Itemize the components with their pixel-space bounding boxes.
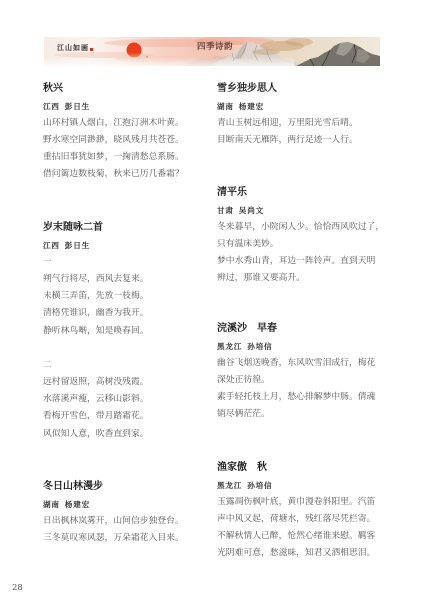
poem-line: 辨过，那谁又要高升。 bbox=[217, 270, 384, 287]
poem-suimo-suiyong: 岁末随咏二首 江西彭日生 一 朔气行将尽，西风去复来。 未横三弄笛，先放一枝梅。… bbox=[43, 219, 149, 442]
poem-line: 声中风又起，荷塘水，残红落尽凭栏寄。 bbox=[217, 511, 375, 528]
author-region: 江西 bbox=[43, 241, 60, 250]
poem-line: 青山玉树远相迎，万里阳光雪后晴。 bbox=[217, 115, 358, 132]
poem-title: 渔家傲秋 bbox=[217, 459, 375, 476]
author-name: 孙培信 bbox=[247, 342, 272, 351]
poem-line: 深处正彷徨。 bbox=[217, 372, 375, 389]
author-name: 孙培信 bbox=[247, 481, 272, 490]
banner-section-title: 四季诗韵 bbox=[197, 41, 233, 53]
poem-line: 幽谷飞烟送晚香，东风吹雪泪成行，梅花 bbox=[217, 355, 375, 372]
poem-line: 水落溪声瘦，云移山影斜。 bbox=[43, 391, 149, 408]
poem-line: 三冬莫叹寒风瑟，万朵霜花入目来。 bbox=[43, 530, 184, 547]
poem-author: 黑龙江孙培信 bbox=[217, 477, 375, 494]
poem-author: 湖南杨建宏 bbox=[217, 98, 358, 115]
author-region: 黑龙江 bbox=[217, 481, 242, 490]
poem-line: 日出枫林岚雾开，山间信步独登台。 bbox=[43, 513, 184, 530]
poem-line: 清格凭谁识，幽香为我开。 bbox=[43, 305, 149, 322]
poem-author: 江西彭日生 bbox=[43, 98, 184, 115]
poem-line: 目断南天无雁阵，两行足迹一人行。 bbox=[217, 132, 358, 149]
poem-title: 雪乡独步思人 bbox=[217, 80, 358, 97]
poem-line: 素手轻托枝上月，愁心排解梦中肠。倩魂 bbox=[217, 389, 375, 406]
author-name: 彭日生 bbox=[65, 102, 90, 111]
poem-subtitle: 早春 bbox=[257, 323, 277, 334]
poem-qingpingle: 清平乐 甘肃吴尚文 冬来暮早，小院闲人少。恰恰西风吹过了， 只有温床美妙。 梦中… bbox=[217, 184, 384, 287]
poem-line: 冬来暮早，小院闲人少。恰恰西风吹过了， bbox=[217, 219, 384, 236]
author-region: 湖南 bbox=[217, 102, 234, 111]
poem-title: 秋兴 bbox=[43, 80, 184, 97]
poem-yujiaao: 渔家傲秋 黑龙江孙培信 玉露凋伤枫叶底，黄巾漫卷斜阳里。汽笛 声中风又起，荷塘水… bbox=[217, 459, 375, 562]
stanza-spacer bbox=[43, 340, 149, 357]
banner-calligraphy-title: 江山如画 bbox=[57, 42, 93, 54]
poem-author: 甘肃吴尚文 bbox=[217, 202, 384, 219]
author-name: 杨建宏 bbox=[65, 500, 90, 509]
banner-left-text: 江山如画 bbox=[57, 43, 89, 52]
part-label: 一 bbox=[43, 254, 149, 271]
header-banner: 江山如画 四季诗韵 bbox=[44, 37, 380, 66]
poem-author: 江西彭日生 bbox=[43, 237, 149, 254]
poem-qiuxing: 秋兴 江西彭日生 山环村镇人烟白，江抱汀洲木叶黄。 野水寒空同渺渺，晓风残月共苍… bbox=[43, 80, 184, 183]
poem-line: 不解秋情人已醉，怆然心绪谁来慰。羁客 bbox=[217, 528, 375, 545]
poem-dongri-shanlin: 冬日山林漫步 湖南杨建宏 日出枫林岚雾开，山间信步独登台。 三冬莫叹寒风瑟，万朵… bbox=[43, 478, 184, 547]
author-region: 江西 bbox=[43, 102, 60, 111]
poem-line: 销尽俩茫茫。 bbox=[217, 406, 375, 423]
author-region: 黑龙江 bbox=[217, 342, 242, 351]
poem-title: 岁末随咏二首 bbox=[43, 219, 149, 236]
poem-line: 看梅开雪色，带月踏霜花。 bbox=[43, 408, 149, 425]
poem-author: 黑龙江孙培信 bbox=[217, 338, 375, 355]
poem-line: 重拈旧事犹如梦，一掬清愁总系肠。 bbox=[43, 149, 184, 166]
poem-line: 风似知人意，吹香直到家。 bbox=[43, 426, 149, 443]
poem-line: 山环村镇人烟白，江抱汀洲木叶黄。 bbox=[43, 115, 184, 132]
poem-line: 野水寒空同渺渺，晓风残月共苍苍。 bbox=[43, 132, 184, 149]
poem-line: 静听林鸟啭，知是唤春回。 bbox=[43, 323, 149, 340]
poem-line: 远村留返照，高树没残霞。 bbox=[43, 374, 149, 391]
author-region: 湖南 bbox=[43, 500, 60, 509]
author-name: 吴尚文 bbox=[239, 206, 264, 215]
poem-title: 清平乐 bbox=[217, 184, 384, 201]
poem-line: 未横三弄笛，先放一枝梅。 bbox=[43, 288, 149, 305]
poem-line: 光阴难可意，愁滋味，知君又洒相思泪。 bbox=[217, 545, 375, 562]
poem-huanxisha: 浣溪沙早春 黑龙江孙培信 幽谷飞烟送晚香，东风吹雪泪成行，梅花 深处正彷徨。 素… bbox=[217, 320, 375, 423]
author-name: 杨建宏 bbox=[239, 102, 264, 111]
poem-title: 冬日山林漫步 bbox=[43, 478, 184, 495]
page-number: 28 bbox=[12, 582, 23, 594]
poem-line: 只有温床美妙。 bbox=[217, 236, 384, 253]
poem-title-text: 渔家傲 bbox=[217, 462, 247, 473]
poem-subtitle: 秋 bbox=[257, 462, 267, 473]
poem-author: 湖南杨建宏 bbox=[43, 496, 184, 513]
poem-line: 借问篱边数枝菊，秋来已历几番霜？ bbox=[43, 166, 184, 183]
part-label: 二 bbox=[43, 357, 149, 374]
poem-line: 梦中水秀山青，耳边一阵铃声。直到天明 bbox=[217, 253, 384, 270]
author-region: 甘肃 bbox=[217, 206, 234, 215]
poem-title-text: 浣溪沙 bbox=[217, 323, 247, 334]
author-name: 彭日生 bbox=[65, 241, 90, 250]
poem-line: 玉露凋伤枫叶底，黄巾漫卷斜阳里。汽笛 bbox=[217, 494, 375, 511]
poem-line: 朔气行将尽，西风去复来。 bbox=[43, 271, 149, 288]
red-seal-icon bbox=[90, 48, 93, 51]
poem-title: 浣溪沙早春 bbox=[217, 320, 375, 337]
poem-xuexiang: 雪乡独步思人 湖南杨建宏 青山玉树远相迎，万里阳光雪后晴。 目断南天无雁阵，两行… bbox=[217, 80, 358, 149]
